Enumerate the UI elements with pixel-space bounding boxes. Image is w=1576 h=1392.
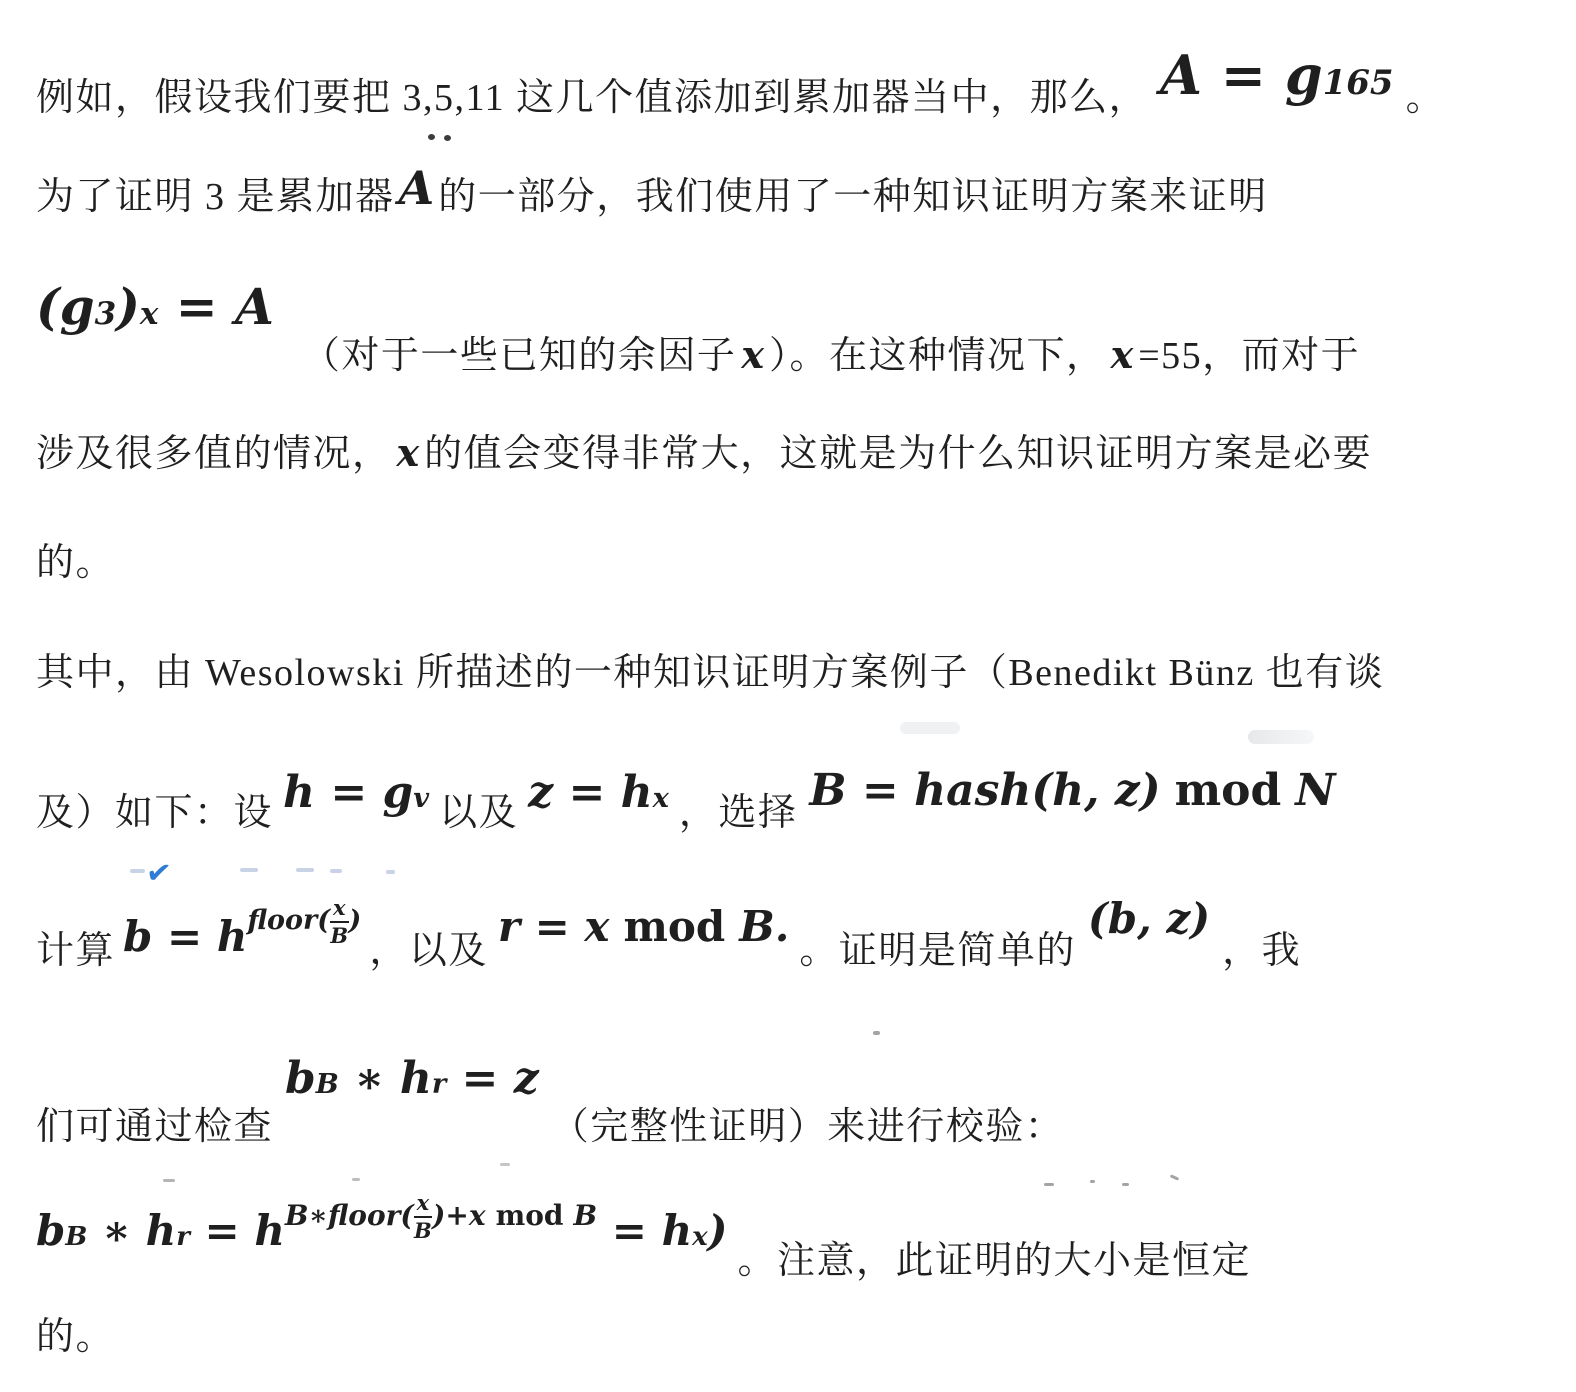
- faint-dash-artifact: [386, 870, 395, 874]
- paragraph-1-line-4: 涉及很多值的情况，x的值会变得非常大，这就是为什么知识证明方案是必要: [36, 430, 1372, 477]
- paragraph-2-line-2: 及）如下：设h = gv以及z = hx，选择B = hash(h, z)mod…: [36, 788, 1336, 836]
- faint-dash-artifact: [240, 868, 258, 872]
- body-text: 其中，由 Wesolowski 所描述的一种知识证明方案例子（Benedikt …: [36, 650, 1384, 696]
- formula-z-equals-hx: z = hx: [528, 770, 669, 816]
- speck-artifact: [1122, 1183, 1129, 1186]
- paragraph-2-line-5: bB ∗ hr = hB∗floor(xB)+xmodB = hx)。注意，此证…: [36, 1236, 1251, 1289]
- body-text: （对于一些已知的余因子: [302, 333, 737, 379]
- paragraph-1-line-3: (g3)x = A（对于一些已知的余因子x）。在这种情况下，x=55，而对于: [36, 328, 1360, 379]
- body-text: 的。: [36, 1314, 115, 1360]
- formula-g3-x-equals-a: (g3)x = A: [36, 284, 274, 330]
- inline-math-x: x: [397, 430, 420, 476]
- inline-math-x: x: [1111, 332, 1134, 378]
- paragraph-1-line-2: 为了证明 3 是累加器A的一部分，我们使用了一种知识证明方案来证明: [36, 170, 1268, 220]
- body-text: 。: [1406, 75, 1446, 121]
- body-text: 的值会变得非常大，这就是为什么知识证明方案是必要: [424, 431, 1372, 477]
- speck-artifact: [352, 1178, 360, 1181]
- body-text: 例如，假设我们要把 3,5,11 这几个值添加到累加器当中，那么，: [36, 75, 1148, 121]
- body-text: 为了证明 3 是累加器: [36, 174, 395, 220]
- faint-dash-artifact: [296, 868, 314, 872]
- fraction-x-over-b: xB: [330, 897, 349, 946]
- formula-a-symbol: A: [399, 165, 435, 211]
- body-text: =55，而对于: [1138, 333, 1360, 379]
- speck-artifact: [500, 1163, 510, 1166]
- body-text: 及）如下：设: [36, 790, 273, 836]
- speck-artifact: [163, 1179, 175, 1182]
- gray-smudge-artifact: [1248, 730, 1314, 744]
- body-text: ，选择: [679, 790, 798, 836]
- formula-h-equals-gv: h = gv: [283, 770, 429, 816]
- body-text: 。注意，此证明的大小是恒定: [738, 1238, 1252, 1284]
- paragraph-2-line-6: 的。: [36, 1314, 115, 1360]
- body-text: 。证明是简单的: [799, 928, 1076, 974]
- speck-artifact: [1044, 1183, 1054, 1186]
- speck-artifact: [1170, 1174, 1179, 1180]
- body-text: ）。在这种情况下，: [769, 333, 1106, 379]
- body-text: 的一部分，我们使用了一种知识证明方案来证明: [438, 174, 1268, 220]
- body-text: 的。: [36, 540, 115, 586]
- gray-smudge-artifact: [900, 722, 960, 734]
- faint-dash-artifact: [330, 869, 342, 873]
- paragraph-1-line-1: 例如，假设我们要把 3,5,11 这几个值添加到累加器当中，那么，A = g16…: [36, 68, 1445, 121]
- paragraph-2-line-3: 计算b = hfloor(xB)，以及r = xmodB.。证明是简单的(b, …: [36, 926, 1301, 980]
- smudge-dots-artifact: [428, 134, 435, 140]
- formula-b-equals-h-floor: b = hfloor(xB): [123, 914, 361, 968]
- paragraph-1-line-5: 的。: [36, 540, 115, 586]
- speck-artifact: [1090, 1180, 1095, 1183]
- blue-checkmark-artifact: ✔: [144, 855, 173, 892]
- paragraph-2-line-1: 其中，由 Wesolowski 所描述的一种知识证明方案例子（Benedikt …: [36, 650, 1384, 696]
- formula-accumulator-a: A = g165: [1160, 52, 1394, 98]
- formula-verification-expansion: bB ∗ hr = hB∗floor(xB)+xmodB = hx): [36, 1208, 728, 1261]
- paragraph-2-line-4: 们可通过检查bB ∗ hr = z（完整性证明）来进行校验：: [36, 1102, 1064, 1150]
- body-text: （完整性证明）来进行校验：: [551, 1104, 1065, 1150]
- formula-proof-pair: (b, z): [1088, 896, 1210, 942]
- faint-dash-artifact: [130, 869, 145, 873]
- speck-artifact: [873, 1031, 880, 1035]
- body-text: 计算: [36, 928, 115, 974]
- inline-math-x: x: [741, 332, 764, 378]
- body-text: 们可通过检查: [36, 1104, 273, 1150]
- body-text: ，我: [1222, 928, 1301, 974]
- formula-b-hash-mod-n: B = hash(h, z)modN: [809, 768, 1335, 814]
- body-text: 涉及很多值的情况，: [36, 431, 392, 477]
- formula-bb-hr-equals-z: bB ∗ hr = z: [285, 1056, 539, 1102]
- formula-r-equals-x-mod-b: r = xmodB.: [498, 904, 790, 950]
- body-text: ，以及: [369, 928, 488, 974]
- document-page: 例如，假设我们要把 3,5,11 这几个值添加到累加器当中，那么，A = g16…: [0, 0, 1576, 1392]
- body-text: 以及: [439, 790, 518, 836]
- fraction-x-over-b: xB: [414, 1192, 433, 1241]
